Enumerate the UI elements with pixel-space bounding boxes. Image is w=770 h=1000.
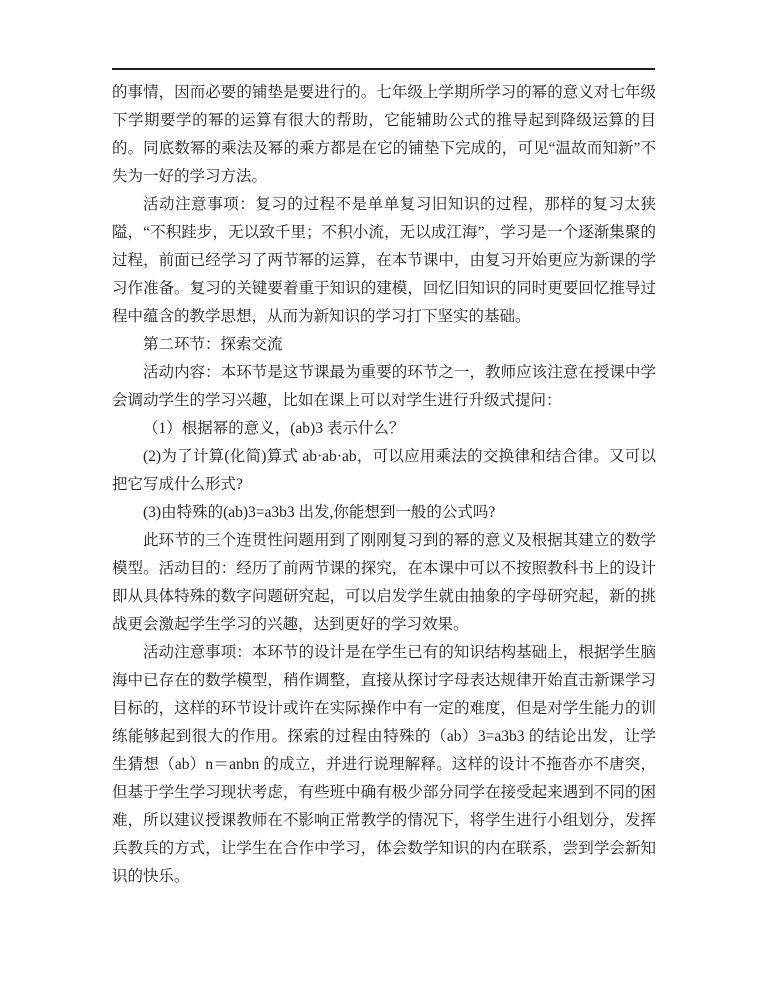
paragraph-3: 第二环节：探索交流	[112, 331, 656, 359]
paragraph-1: 的事情，因而必要的铺垫是要进行的。七年级上学期所学习的幂的意义对七年级下学期要学…	[112, 79, 656, 191]
document-body: 的事情，因而必要的铺垫是要进行的。七年级上学期所学习的幂的意义对七年级下学期要学…	[112, 79, 656, 891]
header-rule	[112, 68, 655, 70]
paragraph-7: (3)由特殊的(ab)3=a3b3 出发,你能想到一般的公式吗?	[112, 499, 656, 527]
document-page: 的事情，因而必要的铺垫是要进行的。七年级上学期所学习的幂的意义对七年级下学期要学…	[0, 0, 770, 1000]
paragraph-5: （1）根据幂的意义，(ab)3 表示什么？	[112, 415, 656, 443]
paragraph-6: (2)为了计算(化简)算式 ab·ab·ab，可以应用乘法的交换律和结合律。又可…	[112, 443, 656, 499]
paragraph-2: 活动注意事项：复习的过程不是单单复习旧知识的过程，那样的复习太狭隘，“不积跬步，…	[112, 191, 656, 331]
paragraph-8: 此环节的三个连贯性问题用到了刚刚复习到的幂的意义及根据其建立的数学模型。活动目的…	[112, 527, 656, 639]
paragraph-9: 活动注意事项：本环节的设计是在学生已有的知识结构基础上，根据学生脑海中已存在的数…	[112, 639, 656, 891]
paragraph-4: 活动内容：本环节是这节课最为重要的环节之一，教师应该注意在授课中学会调动学生的学…	[112, 359, 656, 415]
